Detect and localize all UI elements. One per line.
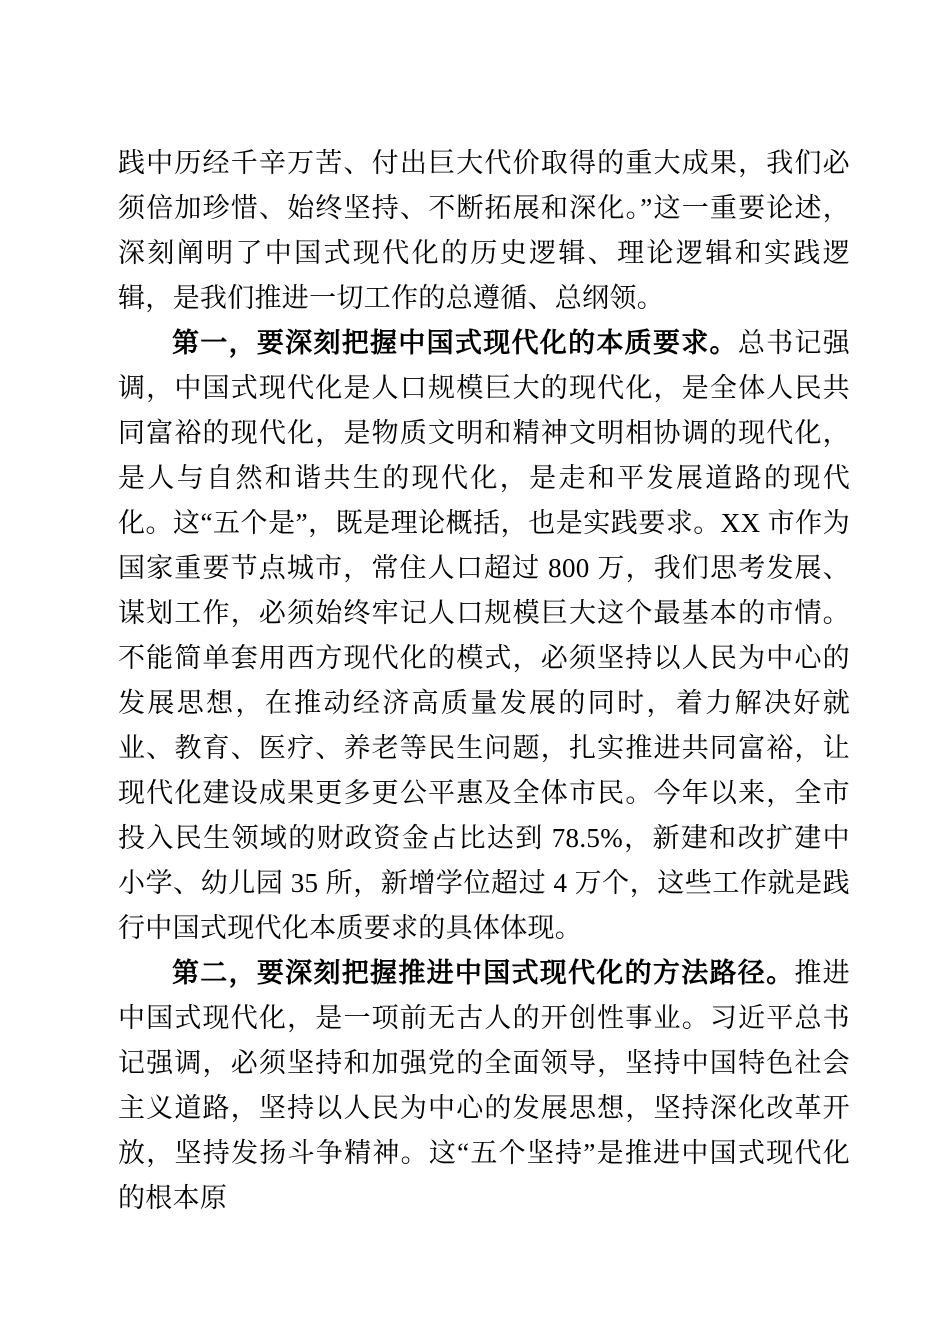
document-page: 践中历经千辛万苦、付出巨大代价取得的重大成果，我们必须倍加珍惜、始终坚持、不断拓…: [0, 0, 950, 1344]
paragraph-3: 第二，要深刻把握推进中国式现代化的方法路径。推进中国式现代化，是一项前无古人的开…: [118, 951, 850, 1221]
paragraph-2-text: 总书记强调，中国式现代化是人口规模巨大的现代化，是全体人民共同富裕的现代化，是物…: [118, 328, 850, 943]
paragraph-1: 践中历经千辛万苦、付出巨大代价取得的重大成果，我们必须倍加珍惜、始终坚持、不断拓…: [118, 141, 850, 321]
paragraph-3-text: 推进中国式现代化，是一项前无古人的开创性事业。习近平总书记强调，必须坚持和加强党…: [118, 958, 850, 1213]
paragraph-2-lead-bold: 第一，要深刻把握中国式现代化的本质要求。: [172, 328, 738, 358]
document-body: 践中历经千辛万苦、付出巨大代价取得的重大成果，我们必须倍加珍惜、始终坚持、不断拓…: [118, 141, 850, 1221]
paragraph-1-text: 践中历经千辛万苦、付出巨大代价取得的重大成果，我们必须倍加珍惜、始终坚持、不断拓…: [118, 148, 850, 313]
paragraph-3-lead-bold: 第二，要深刻把握推进中国式现代化的方法路径。: [172, 958, 794, 988]
paragraph-2: 第一，要深刻把握中国式现代化的本质要求。总书记强调，中国式现代化是人口规模巨大的…: [118, 321, 850, 951]
